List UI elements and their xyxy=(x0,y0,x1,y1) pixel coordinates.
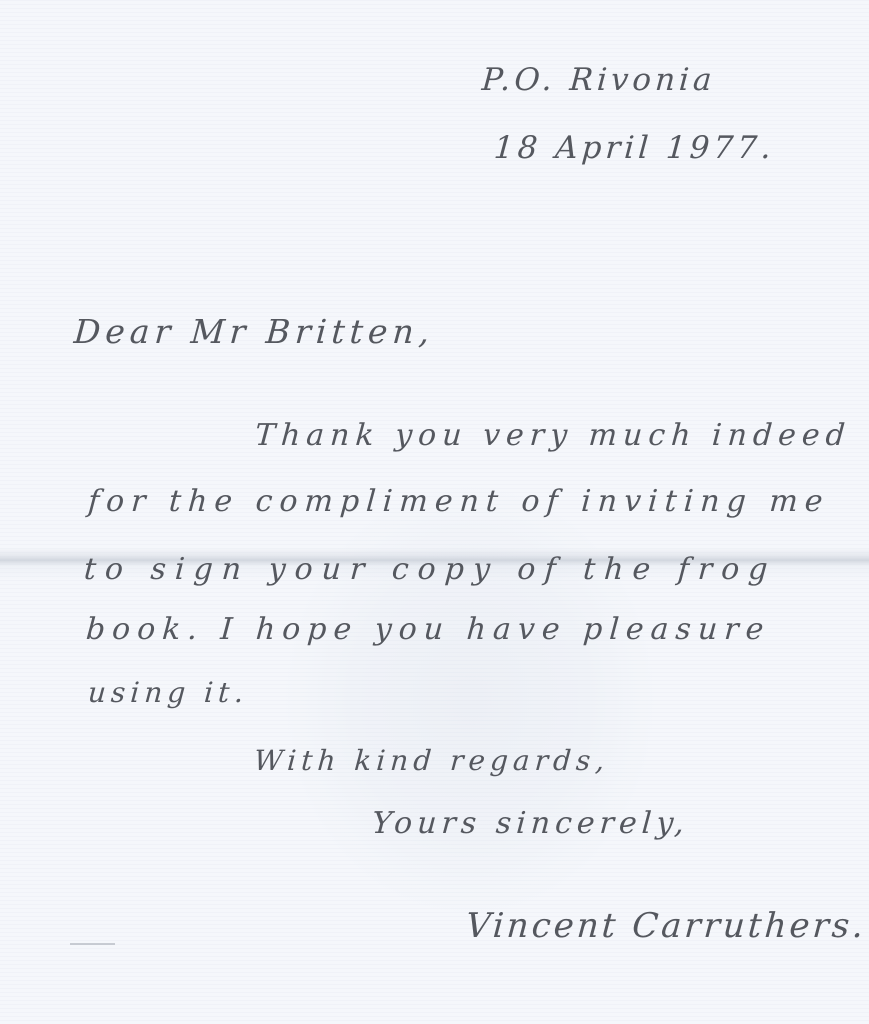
sign-off: Yours sincerely, xyxy=(371,806,690,841)
signature: Vincent Carruthers. xyxy=(465,906,868,946)
sender-address: P.O. Rivonia xyxy=(481,62,717,98)
closing-phrase: With kind regards, xyxy=(253,744,611,777)
body-line: for the compliment of inviting me xyxy=(87,484,831,519)
body-line: using it. xyxy=(87,676,250,709)
body-line: book. I hope you have pleasure xyxy=(85,612,772,647)
letter-date: 18 April 1977. xyxy=(493,130,776,166)
paper-mark xyxy=(70,943,115,945)
body-line: Thank you very much indeed xyxy=(254,418,852,453)
paper-watermark xyxy=(280,480,660,920)
body-line: to sign your copy of the frog xyxy=(83,552,778,587)
letter-page: P.O. Rivonia 18 April 1977. Dear Mr Brit… xyxy=(0,0,869,1024)
salutation: Dear Mr Britten, xyxy=(73,312,436,351)
